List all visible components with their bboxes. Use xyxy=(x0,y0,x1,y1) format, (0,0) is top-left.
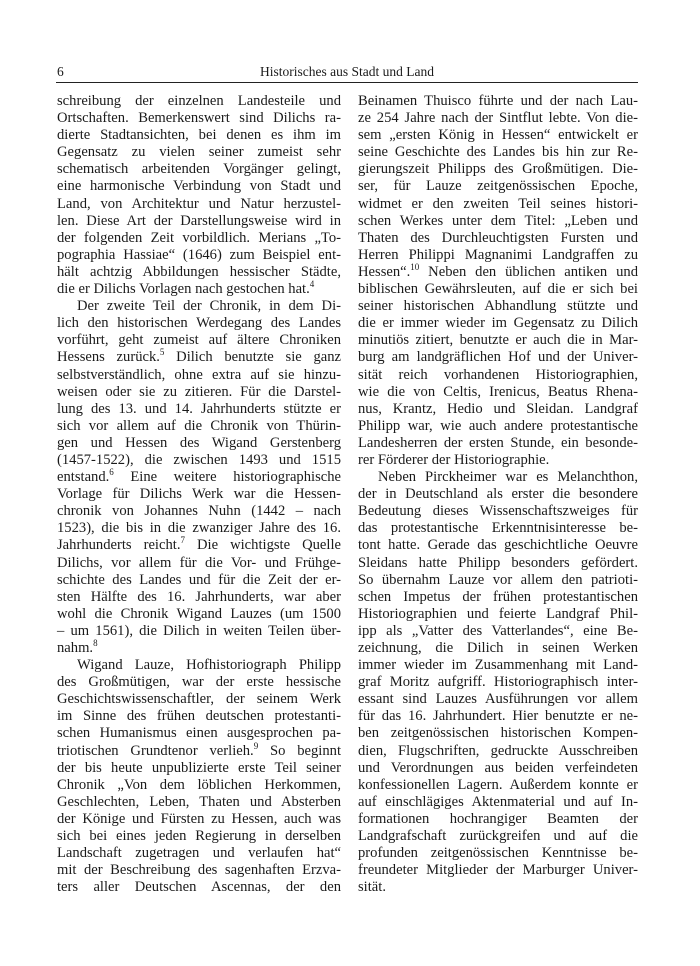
text-line: sem „ersten König in Hessen“ entwickelt … xyxy=(358,127,638,144)
text-line: schen Impetus der frühen protestantische… xyxy=(358,589,638,606)
text-line: minutiös zitiert, benutzte er auch die i… xyxy=(358,332,638,349)
text-line: schichte des Landes und für die Zeit der… xyxy=(57,572,341,589)
text-line: auf einschlägiges Aktenmaterial und auf … xyxy=(358,794,638,811)
text-line: Wigand Lauze, Hofhistoriograph Philipp xyxy=(57,657,341,674)
text-line: mit der Beschreibung des sagenhaften Erz… xyxy=(57,862,341,879)
text-line: die er Dilichs Vorlagen nach gestochen h… xyxy=(57,281,341,298)
footnote-marker: 8 xyxy=(93,638,98,648)
text-line: rer Förderer der Historiographie. xyxy=(358,452,638,469)
text-line: – um 1561), die Dilich in weiten Teilen … xyxy=(57,623,341,640)
text-line: der bis heute unpublizierte erste Teil s… xyxy=(57,760,341,777)
text-line: schen Humanismus einen ausgesprochen pa- xyxy=(57,725,341,742)
text-line: ze 254 Jahre nach der Sintflut lebte. Vo… xyxy=(358,110,638,127)
text-line: So übernahm Lauze vor allem den patrioti… xyxy=(358,572,638,589)
text-line: Bedeutung dieses Wissenschaftszweiges fü… xyxy=(358,503,638,520)
text-line: Geschlechten, Leben, Thaten und Absterbe… xyxy=(57,794,341,811)
text-line: widmet er den zweiten Teil seines histor… xyxy=(358,196,638,213)
text-line: chronik von Johannes Nuhn (1442 – nach xyxy=(57,503,341,520)
text-line: lung des 13. und 14. Jahrhunderts stützt… xyxy=(57,401,341,418)
text-line: profunden zeitgenössischen Kenntnisse be… xyxy=(358,845,638,862)
text-line: Ortschaften. Bemerkenswert sind Dilichs … xyxy=(57,110,341,127)
text-line: ters aller Deutschen Ascennas, der den xyxy=(57,879,341,896)
text-line: hält achtzig Abbildungen hessischer Städ… xyxy=(57,264,341,281)
text-line: Landesherren der ersten Stunde, ein beso… xyxy=(358,435,638,452)
text-line: Thaten des Durchleuchtigsten Fursten und xyxy=(358,230,638,247)
text-line: Land, von Architektur und Natur herzuste… xyxy=(57,196,341,213)
text-line: ipp als „Vatter des Vatterlandes“, eine … xyxy=(358,623,638,640)
text-line: essant sind Lauzes Ausführungen vor alle… xyxy=(358,691,638,708)
text-line: der folgenden Zeit vorbildlich. Merians … xyxy=(57,230,341,247)
text-line: dien, Flugschriften, gedruckte Ausschrei… xyxy=(358,743,638,760)
text-line: gen und Hessen des Wigand Gerstenberg xyxy=(57,435,341,452)
text-line: Vorlage für Dilichs Werk war die Hessen- xyxy=(57,486,341,503)
text-line: sten Hälfte des 16. Jahrhunderts, war ab… xyxy=(57,589,341,606)
text-line: sich vor allem auf die Chronik von Thüri… xyxy=(57,418,341,435)
text-line: Hessens zurück.5 Dilich benutzte sie gan… xyxy=(57,349,341,366)
text-line: burg am landgräflichen Hof und der Unive… xyxy=(358,349,638,366)
text-line: des Großmütigen, war der erste hessische xyxy=(57,674,341,691)
footnote-marker: 9 xyxy=(254,741,259,751)
text-line: sität. xyxy=(358,879,638,896)
text-line: lich den historischen Werdegang des Land… xyxy=(57,315,341,332)
running-title: Historisches aus Stadt und Land xyxy=(56,64,638,80)
text-line: Der zweite Teil der Chronik, in dem Di- xyxy=(57,298,341,315)
text-line: immer wieder im Zusammenhang mit Land- xyxy=(358,657,638,674)
text-line: Sleidans hatte Philipp besonders geförde… xyxy=(358,555,638,572)
text-line: Dilichs, vor allem für die Vor- und Früh… xyxy=(57,555,341,572)
text-line: schen Werkes unter dem Titel: „Leben und xyxy=(358,213,638,230)
text-line: Chronik „Von dem löblichen Herkommen, xyxy=(57,777,341,794)
text-line: entstand.6 Eine weitere historiographisc… xyxy=(57,469,341,486)
text-line: schematisch arbeitenden Vorgänger geling… xyxy=(57,161,341,178)
text-line: Philipp war, wie auch andere protestanti… xyxy=(358,418,638,435)
text-line: vorführt, geht zumeist auf ältere Chroni… xyxy=(57,332,341,349)
text-line: selbstverständlich, ohne extra auf sie h… xyxy=(57,367,341,384)
text-line: Landgrafschaft zurückgreifen und auf die xyxy=(358,828,638,845)
text-line: graf Moritz aufgriff. Historiographisch … xyxy=(358,674,638,691)
text-line: nahm.8 xyxy=(57,640,341,657)
footnote-marker: 6 xyxy=(109,467,114,477)
text-line: freundeter Mitglieder der Marburger Univ… xyxy=(358,862,638,879)
text-line: Gegensatz zu vielen seiner zumeist sehr xyxy=(57,144,341,161)
text-line: für das 16. Jahrhundert. Hier benutzte e… xyxy=(358,708,638,725)
text-line: Geschichtswissenschaftler, der seinem We… xyxy=(57,691,341,708)
text-line: im Sinne des frühen deutschen protestant… xyxy=(57,708,341,725)
text-line: der Könige und Fürsten zu Hessen, auch w… xyxy=(57,811,341,828)
text-line: zeichnung, die Dilich in seinen Werken xyxy=(358,640,638,657)
text-line: weisen oder sie zu zitieren. Für die Dar… xyxy=(57,384,341,401)
text-line: tont hatte. Gerade das geschichtliche Oe… xyxy=(358,537,638,554)
text-line: konfessionellen Lagern. Außerdem konnte … xyxy=(358,777,638,794)
text-line: der in Deutschland als erster die besond… xyxy=(358,486,638,503)
text-line: dierte Stadtansichten, bei denen es ihm … xyxy=(57,127,341,144)
text-line: (1457-1522), die zwischen 1493 und 1515 xyxy=(57,452,341,469)
text-line: das protestantische Erkenntnisinteresse … xyxy=(358,520,638,537)
text-line: ser, für Lauze zeitgenössischen Epoche, xyxy=(358,178,638,195)
right-text-column: Beinamen Thuisco führte und der nach Lau… xyxy=(358,93,638,896)
text-line: sich bei eines jeden Regierung in dersel… xyxy=(57,828,341,845)
text-line: die er immer wieder im Gegensatz zu Dili… xyxy=(358,315,638,332)
text-line: Jahrhunderts reicht.7 Die wichtigste Que… xyxy=(57,537,341,554)
text-line: wohl die Chronik Wigand Lauzes (um 1500 xyxy=(57,606,341,623)
text-line: formationen hochrangiger Beamten der xyxy=(358,811,638,828)
text-line: len. Diese Art der Darstellungsweise wir… xyxy=(57,213,341,230)
text-line: biblischen Gewährsleuten, auf die er sic… xyxy=(358,281,638,298)
text-line: ben zeitgenössischen historischen Kompen… xyxy=(358,725,638,742)
text-line: seine Geschichte des Landes bis hin zur … xyxy=(358,144,638,161)
text-line: Neben Pirckheimer war es Melanchthon, xyxy=(358,469,638,486)
text-line: schreibung der einzelnen Landesteile und xyxy=(57,93,341,110)
text-line: wie die von Celtis, Irenicus, Beatus Rhe… xyxy=(358,384,638,401)
page-header: 6 Historisches aus Stadt und Land xyxy=(56,64,638,83)
text-line: und Verordnungen aus beiden verfeindeten xyxy=(358,760,638,777)
text-line: seiner historischen Abhandlung stützte u… xyxy=(358,298,638,315)
text-line: Historiographien und feierte Landgraf Ph… xyxy=(358,606,638,623)
footnote-marker: 4 xyxy=(310,279,315,289)
text-line: Herren Philippi Magnanimi Landgraffen zu xyxy=(358,247,638,264)
text-line: sität reich vorhandenen Historiographien… xyxy=(358,367,638,384)
text-line: Landschaft zugetragen und verlaufen hat“ xyxy=(57,845,341,862)
footnote-marker: 5 xyxy=(160,347,165,357)
text-line: 1523), die bis in die zwanziger Jahre de… xyxy=(57,520,341,537)
left-text-column: schreibung der einzelnen Landesteile und… xyxy=(57,93,341,896)
text-line: gierungszeit Philipps des Großmütigen. D… xyxy=(358,161,638,178)
footnote-marker: 10 xyxy=(410,262,419,272)
text-line: nus, Krantz, Hedio und Sleidan. Landgraf xyxy=(358,401,638,418)
footnote-marker: 7 xyxy=(180,535,185,545)
text-line: Hessen“.10 Neben den üblichen antiken un… xyxy=(358,264,638,281)
text-line: Beinamen Thuisco führte und der nach Lau… xyxy=(358,93,638,110)
text-line: pographia Hassiae“ (1646) zum Beispiel e… xyxy=(57,247,341,264)
text-line: eine harmonische Verbindung von Stadt un… xyxy=(57,178,341,195)
text-line: triotischen Grundtenor verlieh.9 So begi… xyxy=(57,743,341,760)
